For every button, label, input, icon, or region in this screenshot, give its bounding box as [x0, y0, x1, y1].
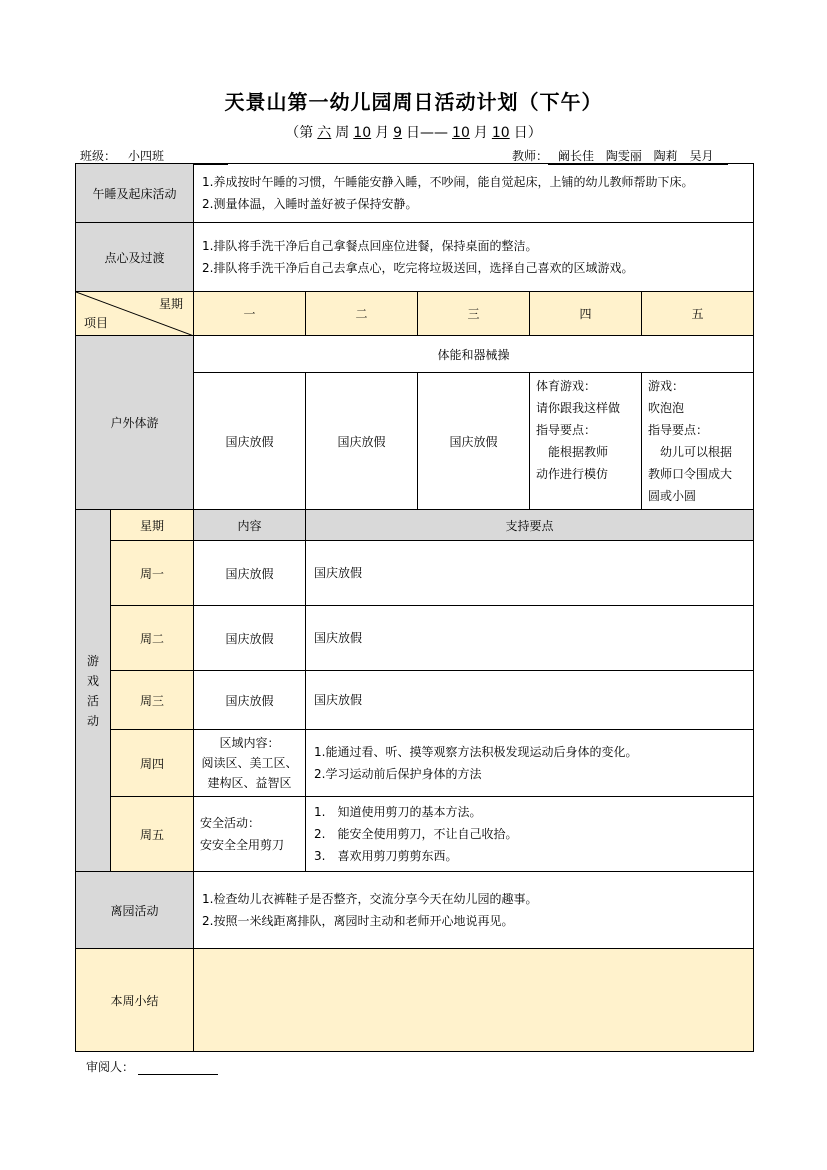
snack-content: 1.排队将手洗干净后自己拿餐点回座位进餐，保持桌面的整洁。 2.排队将手洗干净后…: [194, 223, 754, 292]
weekday-1: 一: [194, 292, 306, 336]
corner-weekday: 星期: [159, 295, 183, 312]
outdoor-cell-thu: 体育游戏： 请你跟我这样做 指导要点： 能根据教师 动作进行模仿: [530, 373, 642, 510]
games-content: 国庆放假: [194, 606, 306, 671]
games-row-wed: 周三 国庆放假 国庆放假: [76, 671, 754, 730]
games-col-support: 支持要点: [306, 510, 754, 541]
week-number: 六: [313, 125, 335, 141]
reviewer-value[interactable]: [138, 1062, 218, 1075]
outdoor-label: 户外体游: [76, 336, 194, 510]
summary-content[interactable]: [194, 949, 754, 1052]
end-day: 10: [488, 125, 514, 141]
plan-table: 午睡及起床活动 1.养成按时午睡的习惯，午睡能安静入睡，不吵闹，能自觉起床，上铺…: [75, 163, 754, 1052]
summary-label: 本周小结: [76, 949, 194, 1052]
games-support: 1. 知道使用剪刀的基本方法。 2. 能安全使用剪刀，不让自己收拾。 3. 喜欢…: [306, 797, 754, 872]
games-support: 国庆放假: [306, 671, 754, 730]
games-support: 国庆放假: [306, 541, 754, 606]
games-support: 国庆放假: [306, 606, 754, 671]
nap-label: 午睡及起床活动: [76, 164, 194, 223]
page-title: 天景山第一幼儿园周日活动计划（下午）: [0, 86, 827, 115]
outdoor-theme-row: 户外体游 体能和器械操: [76, 336, 754, 373]
date-range: （第六周10月9日——10月10日）: [0, 122, 827, 142]
corner-cell: 星期 项目: [76, 292, 194, 336]
games-row-fri: 周五 安全活动： 安安全全用剪刀 1. 知道使用剪刀的基本方法。 2. 能安全使…: [76, 797, 754, 872]
outdoor-cell-wed: 国庆放假: [418, 373, 530, 510]
corner-item: 项目: [84, 314, 108, 331]
games-col-day: 星期: [111, 510, 194, 541]
games-header-row: 游 戏 活 动 星期 内容 支持要点: [76, 510, 754, 541]
reviewer-field: 审阅人：: [86, 1058, 218, 1075]
games-day: 周四: [111, 730, 194, 797]
start-day: 9: [389, 125, 406, 141]
outdoor-cell-mon: 国庆放假: [194, 373, 306, 510]
games-row-tue: 周二 国庆放假 国庆放假: [76, 606, 754, 671]
games-col-content: 内容: [194, 510, 306, 541]
outdoor-cell-tue: 国庆放假: [306, 373, 418, 510]
weekday-4: 四: [530, 292, 642, 336]
teacher-label: 教师：: [512, 149, 548, 163]
games-support: 1.能通过看、听、摸等观察方法积极发现运动后身体的变化。 2.学习运动前后保护身…: [306, 730, 754, 797]
games-content: 区域内容： 阅读区、美工区、 建构区、益智区: [194, 730, 306, 797]
class-label: 班级：: [80, 149, 116, 163]
games-content: 国庆放假: [194, 541, 306, 606]
games-day: 周三: [111, 671, 194, 730]
games-day: 周二: [111, 606, 194, 671]
games-row-mon: 周一 国庆放假 国庆放假: [76, 541, 754, 606]
games-day: 周一: [111, 541, 194, 606]
games-row-thu: 周四 区域内容： 阅读区、美工区、 建构区、益智区 1.能通过看、听、摸等观察方…: [76, 730, 754, 797]
summary-row: 本周小结: [76, 949, 754, 1052]
start-month: 10: [349, 125, 375, 141]
outdoor-cell-fri: 游戏： 吹泡泡 指导要点： 幼儿可以根据 教师口令围成大 圆或小圆: [642, 373, 754, 510]
departure-row: 离园活动 1.检查幼儿衣裤鞋子是否整齐，交流分享今天在幼儿园的趣事。 2.按照一…: [76, 872, 754, 949]
games-content: 国庆放假: [194, 671, 306, 730]
reviewer-label: 审阅人：: [86, 1060, 134, 1074]
departure-content: 1.检查幼儿衣裤鞋子是否整齐，交流分享今天在幼儿园的趣事。 2.按照一米线距离排…: [194, 872, 754, 949]
weekday-3: 三: [418, 292, 530, 336]
nap-content: 1.养成按时午睡的习惯，午睡能安静入睡，不吵闹，能自觉起床，上铺的幼儿教师帮助下…: [194, 164, 754, 223]
snack-label: 点心及过渡: [76, 223, 194, 292]
games-label: 游 戏 活 动: [76, 510, 111, 872]
weekday-5: 五: [642, 292, 754, 336]
games-day: 周五: [111, 797, 194, 872]
nap-row: 午睡及起床活动 1.养成按时午睡的习惯，午睡能安静入睡，不吵闹，能自觉起床，上铺…: [76, 164, 754, 223]
weekday-2: 二: [306, 292, 418, 336]
games-content: 安全活动： 安安全全用剪刀: [194, 797, 306, 872]
end-month: 10: [448, 125, 474, 141]
outdoor-theme: 体能和器械操: [194, 336, 754, 373]
snack-row: 点心及过渡 1.排队将手洗干净后自己拿餐点回座位进餐，保持桌面的整洁。 2.排队…: [76, 223, 754, 292]
weekday-header-row: 星期 项目 一 二 三 四 五: [76, 292, 754, 336]
departure-label: 离园活动: [76, 872, 194, 949]
